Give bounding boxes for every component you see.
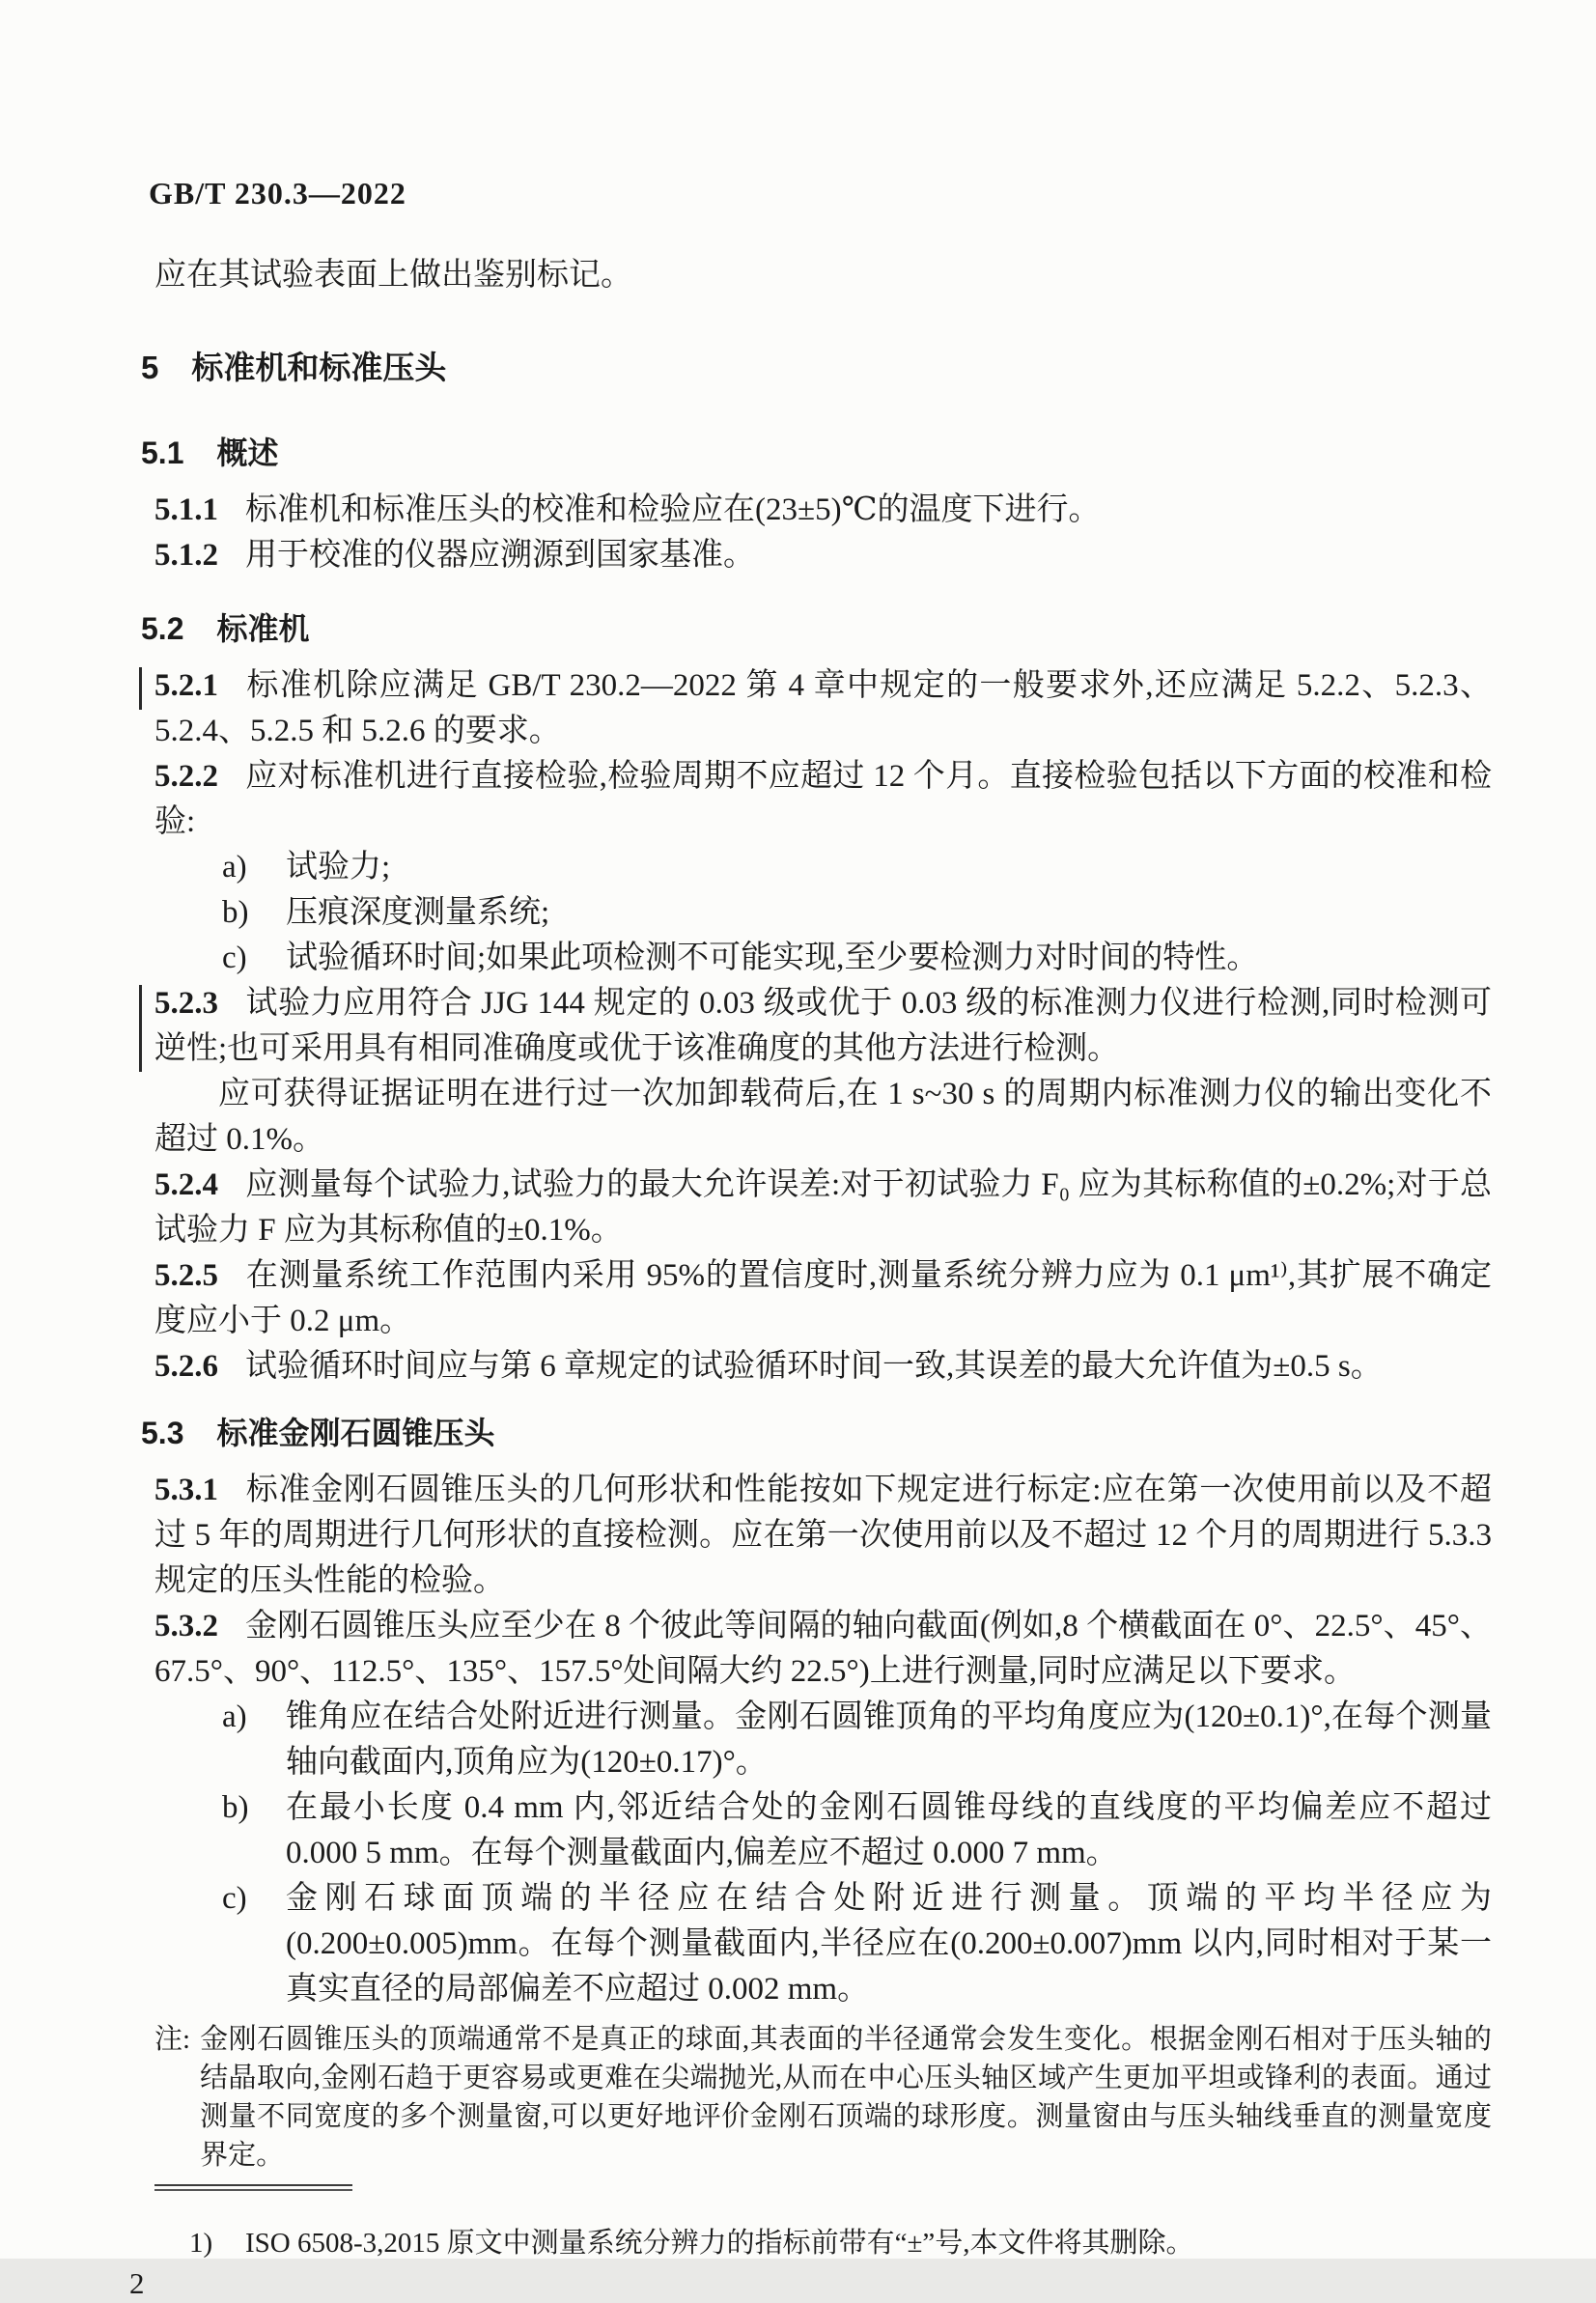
clause-number: 5.2.4 (154, 1167, 218, 1202)
revision-bar (139, 667, 142, 710)
list-item-b: b) 压痕深度测量系统; (154, 890, 1492, 936)
clause-number: 5.2.2 (154, 759, 218, 794)
list-text: 压痕深度测量系统; (286, 890, 1492, 936)
chapter-5-heading: 5标准机和标准压头 (141, 345, 1492, 390)
list-item-c: c) 金刚石球面顶端的半径应在结合处附近进行测量。顶端的平均半径应为(0.200… (154, 1876, 1492, 2012)
section-number: 5.3 (141, 1416, 183, 1450)
section-title: 标准机 (216, 611, 309, 646)
clause-number: 5.2.5 (154, 1258, 218, 1293)
clause-number: 5.3.2 (154, 1609, 218, 1643)
note-text: 金刚石圆锥压头的顶端通常不是真正的球面,其表面的半径通常会发生变化。根据金刚石相… (200, 2020, 1492, 2175)
list-item-a: a) 试验力; (154, 845, 1492, 890)
clause-text: 用于校准的仪器应溯源到国家基准。 (245, 538, 755, 573)
clause-5-2-6: 5.2.6试验循环时间应与第 6 章规定的试验循环时间一致,其误差的最大允许值为… (154, 1344, 1492, 1390)
list-text: 锥角应在结合处附近进行测量。金刚石圆锥顶角的平均角度应为(120±0.1)°,在… (286, 1695, 1492, 1785)
section-number: 5.1 (141, 435, 183, 470)
list-marker: b) (222, 1785, 286, 1876)
list-item-a: a) 锥角应在结合处附近进行测量。金刚石圆锥顶角的平均角度应为(120±0.1)… (154, 1695, 1492, 1785)
doc-number-header: GB/T 230.3—2022 (149, 174, 1492, 212)
list-text: 试验循环时间;如果此项检测不可能实现,至少要检测力对时间的特性。 (286, 936, 1492, 981)
clause-5-2-5: 5.2.5在测量系统工作范围内采用 95%的置信度时,测量系统分辨力应为 0.1… (154, 1253, 1492, 1344)
clause-number: 5.2.3 (154, 986, 218, 1021)
chapter-title: 标准机和标准压头 (191, 350, 446, 385)
footnote-marker: 1) (189, 2224, 245, 2262)
list-marker: c) (222, 936, 286, 981)
clause-5-2-2: 5.2.2应对标准机进行直接检验,检验周期不应超过 12 个月。直接检验包括以下… (154, 754, 1492, 845)
list-marker: b) (222, 890, 286, 936)
list-text: 在最小长度 0.4 mm 内,邻近结合处的金刚石圆锥母线的直线度的平均偏差应不超… (286, 1785, 1492, 1876)
list-item-c: c) 试验循环时间;如果此项检测不可能实现,至少要检测力对时间的特性。 (154, 936, 1492, 981)
clause-text: 在测量系统工作范围内采用 95%的置信度时,测量系统分辨力应为 0.1 μm¹⁾… (154, 1258, 1492, 1338)
section-title: 概述 (216, 435, 278, 470)
clause-text: 试验循环时间应与第 6 章规定的试验循环时间一致,其误差的最大允许值为±0.5 … (245, 1349, 1383, 1384)
chapter-number: 5 (141, 350, 158, 385)
clause-number: 5.3.1 (154, 1473, 218, 1507)
clause-5-2-4: 5.2.4应测量每个试验力,试验力的最大允许误差:对于初试验力 F₀ 应为其标称… (154, 1163, 1492, 1253)
intro-paragraph: 应在其试验表面上做出鉴别标记。 (154, 253, 1492, 298)
section-5-1-heading: 5.1概述 (141, 431, 1492, 476)
clause-5-1-2: 5.1.2用于校准的仪器应溯源到国家基准。 (154, 533, 1492, 578)
footnote-separator (154, 2184, 352, 2191)
list-marker: a) (222, 1695, 286, 1785)
clause-text: 应对标准机进行直接检验,检验周期不应超过 12 个月。直接检验包括以下方面的校准… (154, 759, 1492, 839)
clause-5-2-3: 5.2.3试验力应用符合 JJG 144 规定的 0.03 级或优于 0.03 … (154, 981, 1492, 1072)
section-5-2-heading: 5.2标准机 (141, 606, 1492, 652)
clause-5-3-2: 5.3.2金刚石圆锥压头应至少在 8 个彼此等间隔的轴向截面(例如,8 个横截面… (154, 1604, 1492, 1695)
footnote-1: 1) ISO 6508-3,2015 原文中测量系统分辨力的指标前带有“±”号,… (189, 2224, 1492, 2262)
clause-text: 试验力应用符合 JJG 144 规定的 0.03 级或优于 0.03 级的标准测… (154, 986, 1492, 1066)
clause-text: 标准金刚石圆锥压头的几何形状和性能按如下规定进行标定:应在第一次使用前以及不超过… (154, 1473, 1492, 1598)
clause-number: 5.2.6 (154, 1349, 218, 1384)
note-label: 注: (154, 2020, 190, 2175)
paragraph-5-2-3-evidence: 应可获得证据证明在进行过一次加卸载荷后,在 1 s~30 s 的周期内标准测力仪… (154, 1072, 1492, 1163)
clause-number: 5.1.1 (154, 492, 218, 527)
clause-5-2-1: 5.2.1标准机除应满足 GB/T 230.2—2022 第 4 章中规定的一般… (154, 663, 1492, 754)
clause-text: 标准机和标准压头的校准和检验应在(23±5)℃的温度下进行。 (245, 492, 1101, 527)
document-page: GB/T 230.3—2022 应在其试验表面上做出鉴别标记。 5标准机和标准压… (0, 0, 1596, 2259)
section-5-3-heading: 5.3标准金刚石圆锥压头 (141, 1411, 1492, 1456)
note-block: 注: 金刚石圆锥压头的顶端通常不是真正的球面,其表面的半径通常会发生变化。根据金… (154, 2020, 1492, 2175)
list-marker: c) (222, 1876, 286, 2012)
clause-text: 应测量每个试验力,试验力的最大允许误差:对于初试验力 F₀ 应为其标称值的±0.… (154, 1167, 1492, 1248)
clause-5-3-1: 5.3.1标准金刚石圆锥压头的几何形状和性能按如下规定进行标定:应在第一次使用前… (154, 1468, 1492, 1604)
page-number: 2 (129, 2264, 1492, 2303)
list-text: 试验力; (286, 845, 1492, 890)
section-title: 标准金刚石圆锥压头 (216, 1416, 494, 1450)
clause-text: 金刚石圆锥压头应至少在 8 个彼此等间隔的轴向截面(例如,8 个横截面在 0°、… (154, 1609, 1492, 1689)
list-item-b: b) 在最小长度 0.4 mm 内,邻近结合处的金刚石圆锥母线的直线度的平均偏差… (154, 1785, 1492, 1876)
clause-5-1-1: 5.1.1标准机和标准压头的校准和检验应在(23±5)℃的温度下进行。 (154, 488, 1492, 533)
revision-bar (139, 985, 142, 1072)
list-text: 金刚石球面顶端的半径应在结合处附近进行测量。顶端的平均半径应为(0.200±0.… (286, 1876, 1492, 2012)
list-marker: a) (222, 845, 286, 890)
footnote-text: ISO 6508-3,2015 原文中测量系统分辨力的指标前带有“±”号,本文件… (245, 2224, 1492, 2262)
clause-number: 5.2.1 (154, 668, 218, 703)
section-number: 5.2 (141, 611, 183, 646)
clause-text: 标准机除应满足 GB/T 230.2—2022 第 4 章中规定的一般要求外,还… (154, 668, 1492, 748)
clause-number: 5.1.2 (154, 538, 218, 573)
